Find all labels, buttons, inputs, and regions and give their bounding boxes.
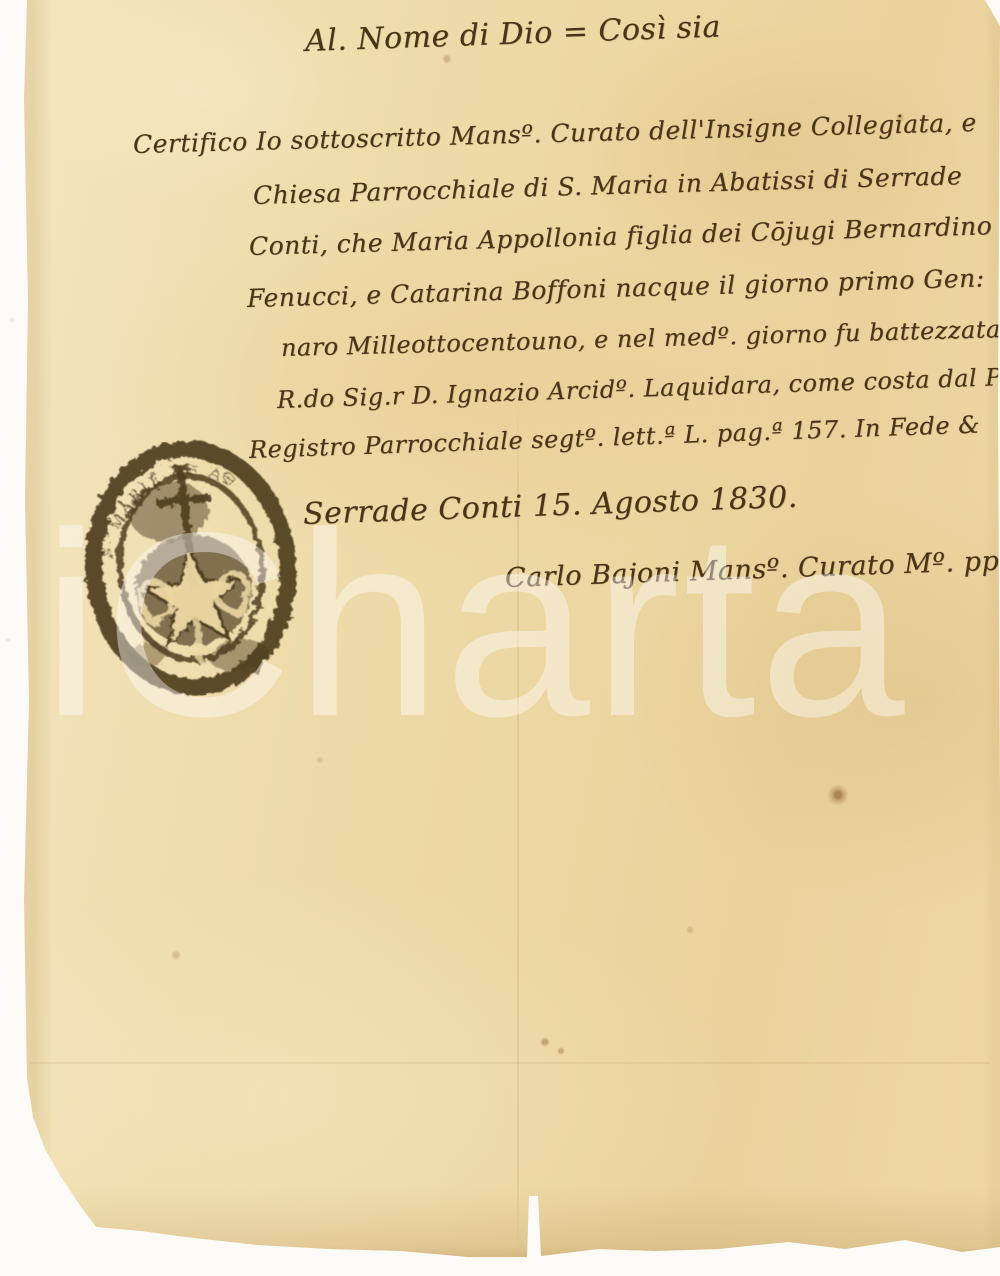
body-line: Chiesa Parrocchiale di S. Maria in Abati… xyxy=(253,161,963,210)
invocation-header: Al. Nome di Dio = Così sia xyxy=(304,9,721,58)
document-page: Al. Nome di Dio = Così sia Certifico Io … xyxy=(0,0,1000,1276)
body-line: Conti, che Maria Appollonia figlia dei C… xyxy=(249,211,993,261)
body-line: Fenucci, e Catarina Boffoni nacque il gi… xyxy=(247,263,985,313)
horizontal-fold-line xyxy=(30,1062,990,1064)
place-date-line: Serrade Conti 15. Agosto 1830. xyxy=(302,480,798,532)
signature-line: Carlo Bajoni Mansº. Curato Mº. ppª. xyxy=(504,545,1000,594)
body-line: Certifico Io sottoscritto Mansº. Curato … xyxy=(133,108,977,159)
parish-seal-stamp-icon: S· MARIE DE AB xyxy=(67,429,315,707)
scan-background: Al. Nome di Dio = Così sia Certifico Io … xyxy=(0,0,1000,1276)
body-line: naro Milleottocentouno, e nel medº. gior… xyxy=(281,314,1000,362)
body-line: R.do Sig.r D. Ignazio Arcidº. Laquidara,… xyxy=(277,361,1000,414)
body-line: Registro Parrocchiale segtº. lett.ª L. p… xyxy=(249,410,981,464)
